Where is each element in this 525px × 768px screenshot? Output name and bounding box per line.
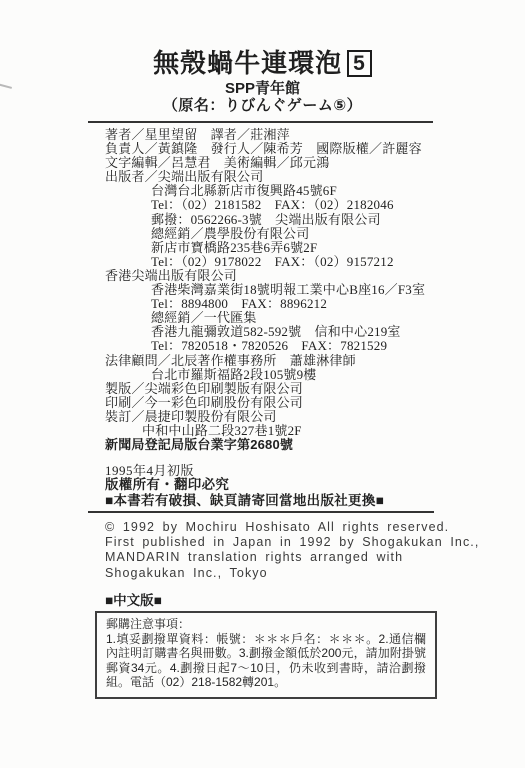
title-block: 無殼蝸牛連環泡5 SPP青年館 （原名：りびんぐゲーム⑤） [0,48,525,114]
credit-line-phone: Tel：（02）2181582 FAX：（02）2182046 [105,198,475,212]
mail-order-notice-box: 郵購注意事項： 1.填妥劃撥單資料：帳號：＊＊＊戶名：＊＊＊。2.通信欄內註明訂… [95,611,437,699]
rights-block: 版權所有・翻印必究 ■本書若有破損、缺頁請寄回當地出版社更換■ [105,477,384,509]
credit-line-printing: 印刷／今一彩色印刷股份有限公司 [105,396,475,410]
credit-line-author: 著者／星里望留 譯者／莊湘萍 [105,128,475,142]
credit-line-registration: 新聞局登記局版台業字第2680號 [105,438,475,452]
credit-line-phone: Tel：（02）9178022 FAX：（02）9157212 [105,255,475,269]
credit-line-address: 中和中山路二段327巷1號2F [105,424,475,438]
credit-line-hk-publisher: 香港尖端出版有限公司 [105,269,475,283]
credit-line-editors: 文字編輯／呂慧君 美術編輯／邱元鴻 [105,156,475,170]
credit-line-address: 香港九龍彌敦道582-592號 信和中心219室 [105,325,475,339]
translation-rights-line: MANDARIN translation rights arranged wit… [105,550,479,565]
credit-line-phone: Tel：7820518・7820526 FAX：7821529 [105,339,475,353]
credit-line-address: 新店市寶橋路235巷6弄6號2F [105,241,475,255]
imprint-name: SPP青年館 [0,80,525,97]
credit-line-platemaking: 製版／尖端彩色印刷製版有限公司 [105,382,475,396]
credit-line-postal: 郵撥：0562266-3號 尖端出版有限公司 [105,213,475,227]
colophon-page: 無殼蝸牛連環泡5 SPP青年館 （原名：りびんぐゲーム⑤） 著者／星里望留 譯者… [0,0,525,768]
mail-order-body: 1.填妥劃撥單資料：帳號：＊＊＊戶名：＊＊＊。2.通信欄內註明訂購書名與冊數。3… [106,632,426,690]
credit-line-distributor-tw: 總經銷／農學股份有限公司 [105,227,475,241]
first-published-line: First published in Japan in 1992 by Shog… [105,535,479,550]
chinese-edition-label: ■中文版■ [105,589,162,609]
credit-line-publisher: 出版者／尖端出版有限公司 [105,170,475,184]
credit-line-address: 台灣台北縣新店市復興路45號6F [105,184,475,198]
rights-reserved-line: 版權所有・翻印必究 [105,477,384,493]
english-copyright-block: © 1992 by Mochiru Hoshisato All rights r… [105,520,479,581]
mail-order-heading: 郵購注意事項： [106,617,426,632]
volume-badge: 5 [347,50,372,77]
divider-bottom [88,511,434,513]
book-title-text: 無殼蝸牛連環泡 [153,48,342,78]
book-title: 無殼蝸牛連環泡5 [0,48,525,78]
damaged-copy-notice: ■本書若有破損、缺頁請寄回當地出版社更換■ [105,493,384,509]
credit-line-legal: 法律顧問／北辰著作權事務所 蕭雄淋律師 [105,354,475,368]
shogakukan-line: Shogakukan Inc., Tokyo [105,566,479,581]
credit-line-distributor-hk: 總經銷／一代匯集 [105,311,475,325]
credit-line-address: 台北市羅斯福路2段105號9樓 [105,368,475,382]
divider-top [88,121,433,123]
copyright-line: © 1992 by Mochiru Hoshisato All rights r… [105,520,479,535]
credit-line-phone: Tel：8894800 FAX：8896212 [105,297,475,311]
credits-block: 著者／星里望留 譯者／莊湘萍 負責人／黃鎮隆 發行人／陳希芳 國際版權／許麗容 … [105,128,475,452]
credit-line-address: 香港柴灣嘉業街18號明報工業中心B座16／F3室 [105,283,475,297]
original-title: （原名：りびんぐゲーム⑤） [0,97,525,114]
credit-line-binding: 裝訂／晨捷印製股份有限公司 [105,410,475,424]
credit-line-director: 負責人／黃鎮隆 發行人／陳希芳 國際版權／許麗容 [105,142,475,156]
